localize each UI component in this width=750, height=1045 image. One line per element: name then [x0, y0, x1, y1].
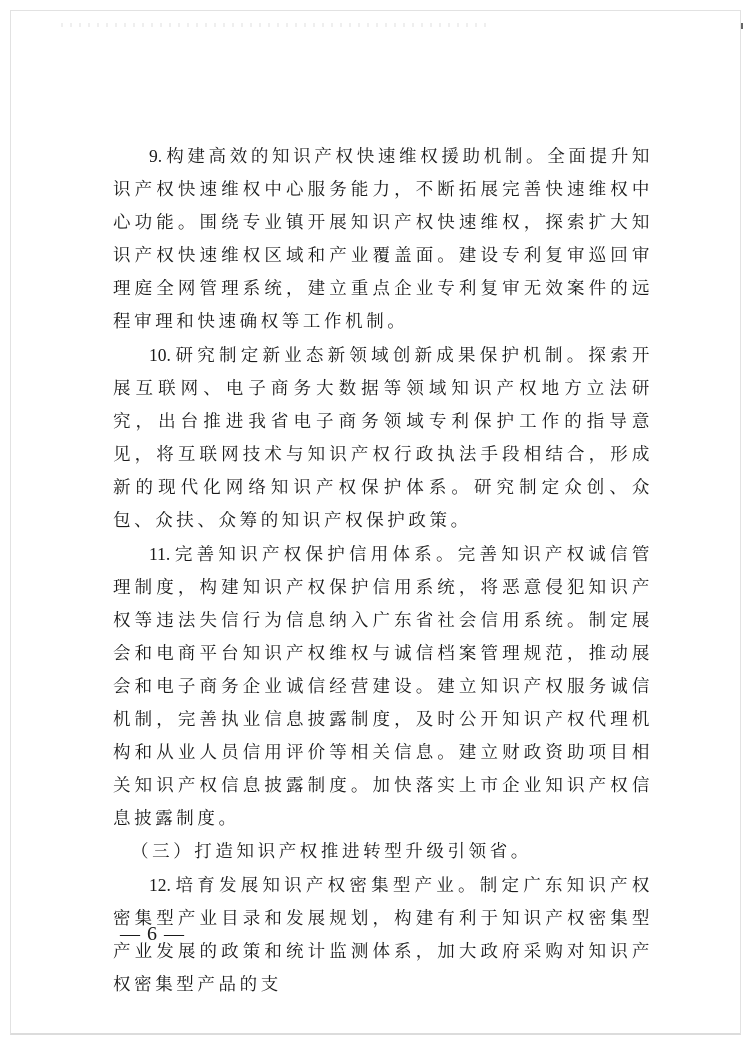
paragraph-text: 完善知识产权保护信用体系。完善知识产权诚信管理制度，构建知识产权保护信用系统，将…	[113, 545, 653, 829]
paragraph-text: 研究制定新业态新领域创新成果保护机制。探索开展互联网、电子商务大数据等领域知识产…	[113, 346, 653, 531]
paragraph-11: 11.完善知识产权保护信用体系。完善知识产权诚信管理制度，构建知识产权保护信用系…	[113, 538, 653, 836]
page-number: — 6 —	[120, 923, 185, 946]
paragraph-number: 12.	[149, 875, 171, 895]
section-heading: （三）打造知识产权推进转型升级引领省。	[113, 836, 653, 869]
paragraph-number: 9.	[149, 146, 162, 166]
scan-mark	[741, 23, 743, 29]
scan-noise	[61, 23, 491, 27]
paragraph-text: 培育发展知识产权密集型产业。制定广东知识产权密集型产业目录和发展规划，构建有利于…	[113, 876, 653, 995]
paragraph-number: 11.	[149, 544, 170, 564]
paragraph-number: 10.	[149, 345, 171, 365]
paragraph-10: 10.研究制定新业态新领域创新成果保护机制。探索开展互联网、电子商务大数据等领域…	[113, 339, 653, 538]
document-body: 9.构建高效的知识产权快速维权援助机制。全面提升知识产权快速维权中心服务能力，不…	[113, 140, 653, 1002]
paragraph-9: 9.构建高效的知识产权快速维权援助机制。全面提升知识产权快速维权中心服务能力，不…	[113, 140, 653, 339]
paragraph-12: 12.培育发展知识产权密集型产业。制定广东知识产权密集型产业目录和发展规划，构建…	[113, 869, 653, 1002]
paragraph-text: 构建高效的知识产权快速维权援助机制。全面提升知识产权快速维权中心服务能力，不断拓…	[113, 147, 653, 332]
